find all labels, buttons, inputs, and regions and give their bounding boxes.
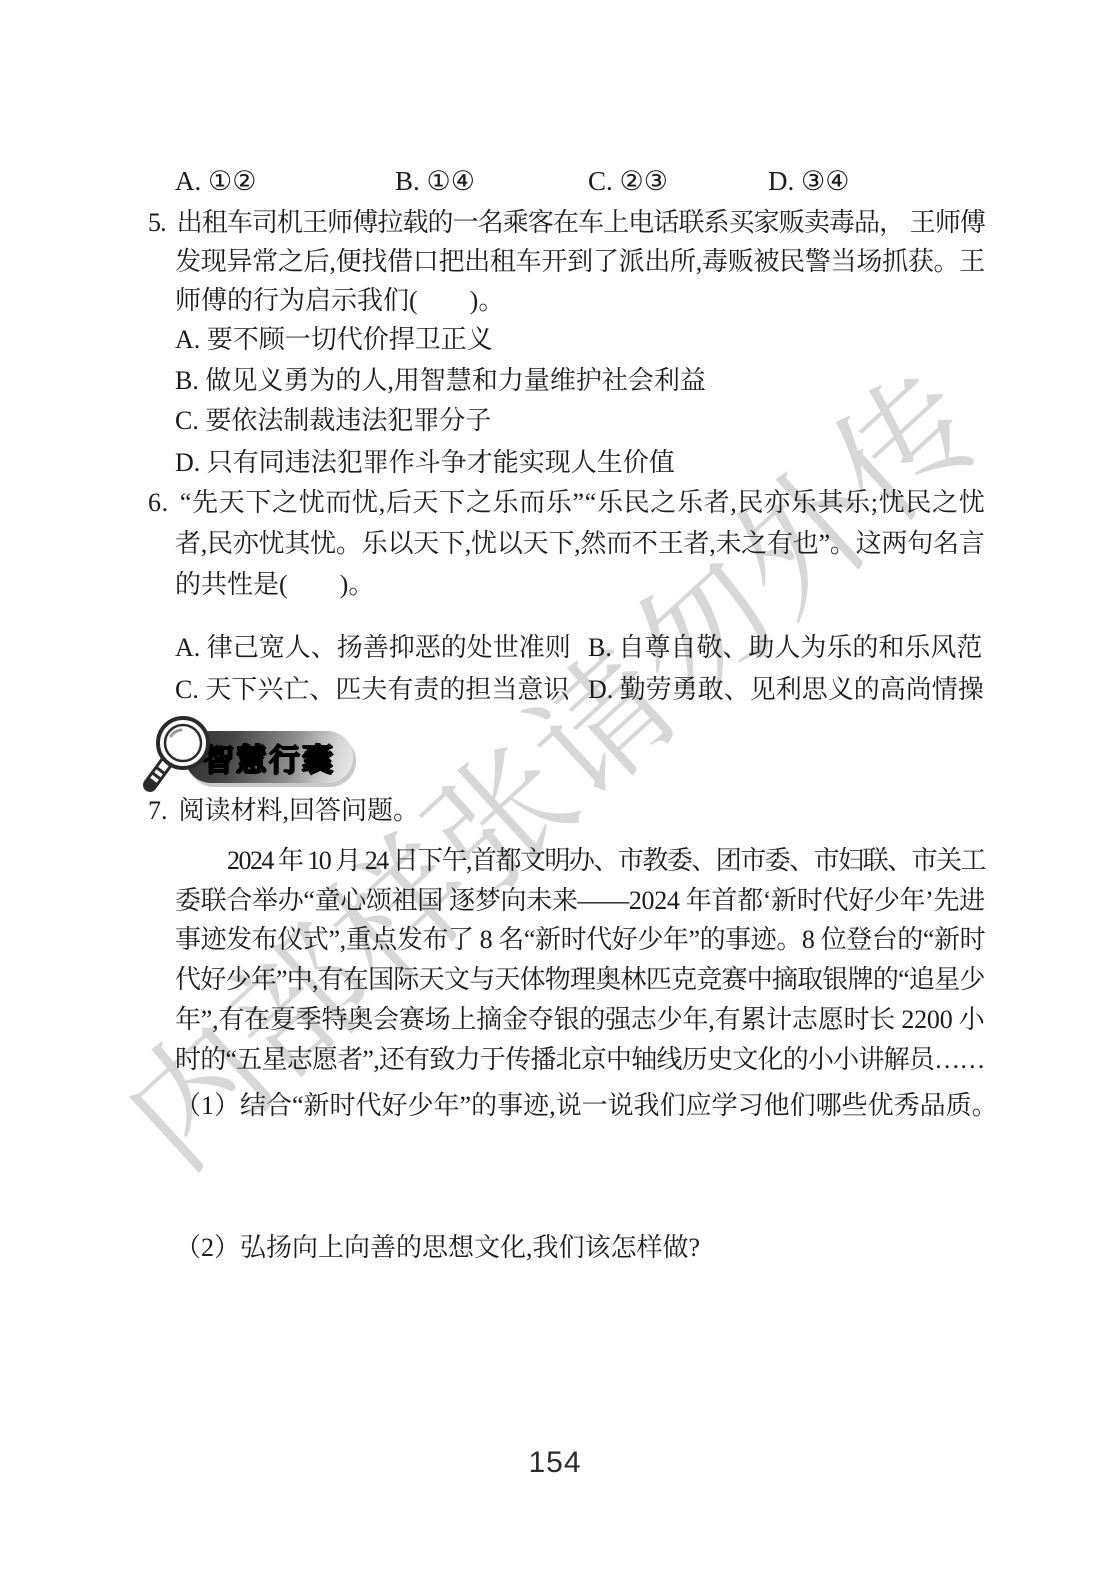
- question-6-stem-line-2: 者,民亦忧其忧。乐以天下,忧以天下,然而不王者,未之有也”。这两句名言: [175, 524, 985, 564]
- wisdom-kit-badge: 智慧行囊: [138, 706, 368, 801]
- question-7-subquestion-2: （2）弘扬向上向善的思想文化,我们该怎样做?: [175, 1228, 700, 1268]
- question-5-option-d: D. 只有同违法犯罪作斗争才能实现人生价值: [175, 443, 675, 483]
- question-5-stem-line-1: 5.出租车司机王师傅拉载的一名乘客在车上电话联系买家贩卖毒品， 王师傅: [148, 203, 985, 243]
- page-content: A. ①② B. ①④ C. ②③ D. ③④ 5.出租车司机王师傅拉载的一名乘…: [0, 0, 1110, 1571]
- question-7-paragraph-line-1: 2024 年 10 月 24 日下午,首都文明办、市教委、团市委、市妇联、市关工: [227, 841, 985, 881]
- question-5-option-b: B. 做见义勇为的人,用智慧和力量维护社会利益: [175, 361, 706, 401]
- question-7-paragraph-line-2: 委联合举办“童心颂祖国 逐梦向未来——2024 年首都‘新时代好少年’先进: [175, 881, 985, 921]
- question-5-stem-line-3: 师傅的行为启示我们( )。: [175, 281, 504, 321]
- badge-label: 智慧行囊: [203, 735, 335, 780]
- question-5-stem-line-2: 发现异常之后,便找借口把出租车开到了派出所,毒贩被民警当场抓获。王: [175, 242, 985, 282]
- question-7-intro-text: 阅读材料,回答问题。: [179, 796, 420, 825]
- question-7-paragraph-line-3: 事迹发布仪式”,重点发布了 8 名“新时代好少年”的事迹。8 位登台的“新时: [175, 920, 985, 960]
- options-row-option-b: B. ①④: [395, 161, 475, 201]
- page-number: 154: [0, 1446, 1110, 1480]
- question-6-option-c: C. 天下兴亡、匹夫有责的担当意识: [175, 670, 569, 710]
- question-5-number: 5.: [148, 203, 166, 243]
- question-6-stem-text-1: “先天下之忧而忧,后天下之乐而乐”“乐民之乐者,民亦乐其乐;忧民之忧: [180, 488, 986, 517]
- question-6-option-a: A. 律己宽人、扬善抑恶的处世准则: [175, 628, 571, 668]
- question-5-option-a: A. 要不顾一切代价捍卫正义: [175, 320, 493, 360]
- question-7-paragraph-line-6: 时的“五星志愿者”,还有致力于传播北京中轴线历史文化的小小讲解员……: [175, 1040, 985, 1080]
- question-7-paragraph-line-5: 年”,有在夏季特奥会赛场上摘金夺银的强志少年,有累计志愿时长 2200 小: [175, 1000, 985, 1040]
- options-row-option-a: A. ①②: [175, 161, 256, 201]
- options-row-option-d: D. ③④: [768, 161, 849, 201]
- question-7-number: 7.: [148, 791, 168, 831]
- question-6-stem-line-1: 6.“先天下之忧而忧,后天下之乐而乐”“乐民之乐者,民亦乐其乐;忧民之忧: [148, 483, 985, 523]
- question-6-option-d: D. 勤劳勇敢、见利思义的高尚情操: [588, 670, 984, 710]
- question-6-stem-line-3: 的共性是( )。: [175, 565, 374, 605]
- question-7-intro-line: 7.阅读材料,回答问题。: [148, 791, 419, 831]
- workbook-page: 内部样张请勿外传 A. ①② B. ①④ C. ②③ D. ③④ 5.出租车司机…: [0, 0, 1110, 1571]
- question-6-number: 6.: [148, 483, 169, 523]
- question-7-paragraph-line-4: 代好少年”中,有在国际天文与天体物理奥林匹克竞赛中摘取银牌的“追星少: [175, 960, 985, 1000]
- options-row-option-c: C. ②③: [588, 161, 668, 201]
- question-5-option-c: C. 要依法制裁违法犯罪分子: [175, 401, 491, 441]
- question-6-option-b: B. 自尊自敬、助人为乐的和乐风范: [588, 628, 982, 668]
- question-5-stem-text-1: 出租车司机王师傅拉载的一名乘客在车上电话联系买家贩卖毒品， 王师傅: [177, 208, 985, 237]
- question-7-subquestion-1: （1）结合“新时代好少年”的事迹,说一说我们应学习他们哪些优秀品质。: [175, 1086, 998, 1126]
- magnifier-icon: [138, 706, 216, 801]
